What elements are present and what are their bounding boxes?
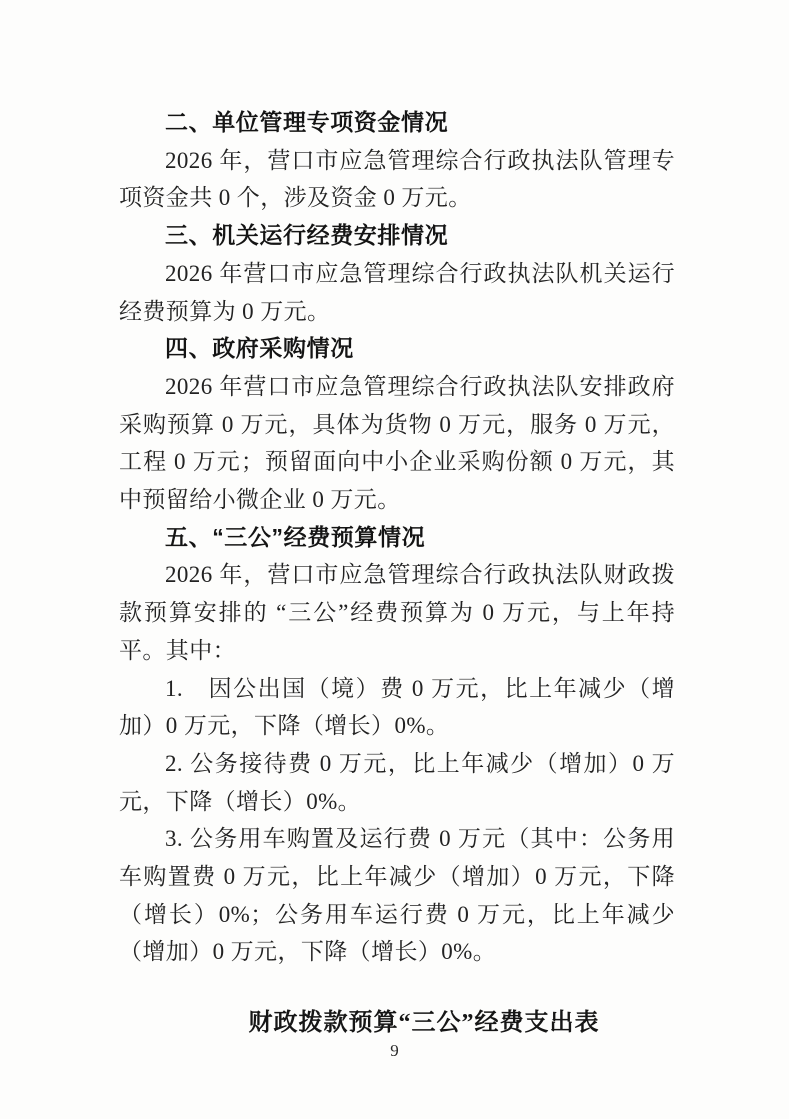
document-page: 二、单位管理专项资金情况2026 年，营口市应急管理综合行政执法队管理专项资金共… bbox=[0, 0, 789, 1119]
section-heading: 二、单位管理专项资金情况 bbox=[119, 104, 675, 142]
body-paragraph: 2026 年营口市应急管理综合行政执法队安排政府采购预算 0 万元，具体为货物 … bbox=[119, 368, 675, 519]
table-title: 财政拨款预算“三公”经费支出表 bbox=[146, 1002, 702, 1037]
section-heading: 四、政府采购情况 bbox=[119, 330, 675, 368]
body-paragraph: 2. 公务接待费 0 万元，比上年减少（增加）0 万元，下降（增长）0%。 bbox=[119, 745, 675, 820]
body-paragraph: 3. 公务用车购置及运行费 0 万元（其中：公务用车购置费 0 万元，比上年减少… bbox=[119, 820, 675, 971]
body-paragraph: 2026 年，营口市应急管理综合行政执法队财政拨款预算安排的 “三公”经费预算为… bbox=[119, 556, 675, 669]
page-number: 9 bbox=[0, 1041, 789, 1061]
body-paragraph: 1. 因公出国（境）费 0 万元，比上年减少（增加）0 万元，下降（增长）0%。 bbox=[119, 670, 675, 745]
document-body: 二、单位管理专项资金情况2026 年，营口市应急管理综合行政执法队管理专项资金共… bbox=[119, 104, 675, 971]
body-paragraph: 2026 年营口市应急管理综合行政执法队机关运行经费预算为 0 万元。 bbox=[119, 255, 675, 330]
section-heading: 五、“三公”经费预算情况 bbox=[119, 519, 675, 557]
section-heading: 三、机关运行经费安排情况 bbox=[119, 217, 675, 255]
body-paragraph: 2026 年，营口市应急管理综合行政执法队管理专项资金共 0 个，涉及资金 0 … bbox=[119, 142, 675, 217]
